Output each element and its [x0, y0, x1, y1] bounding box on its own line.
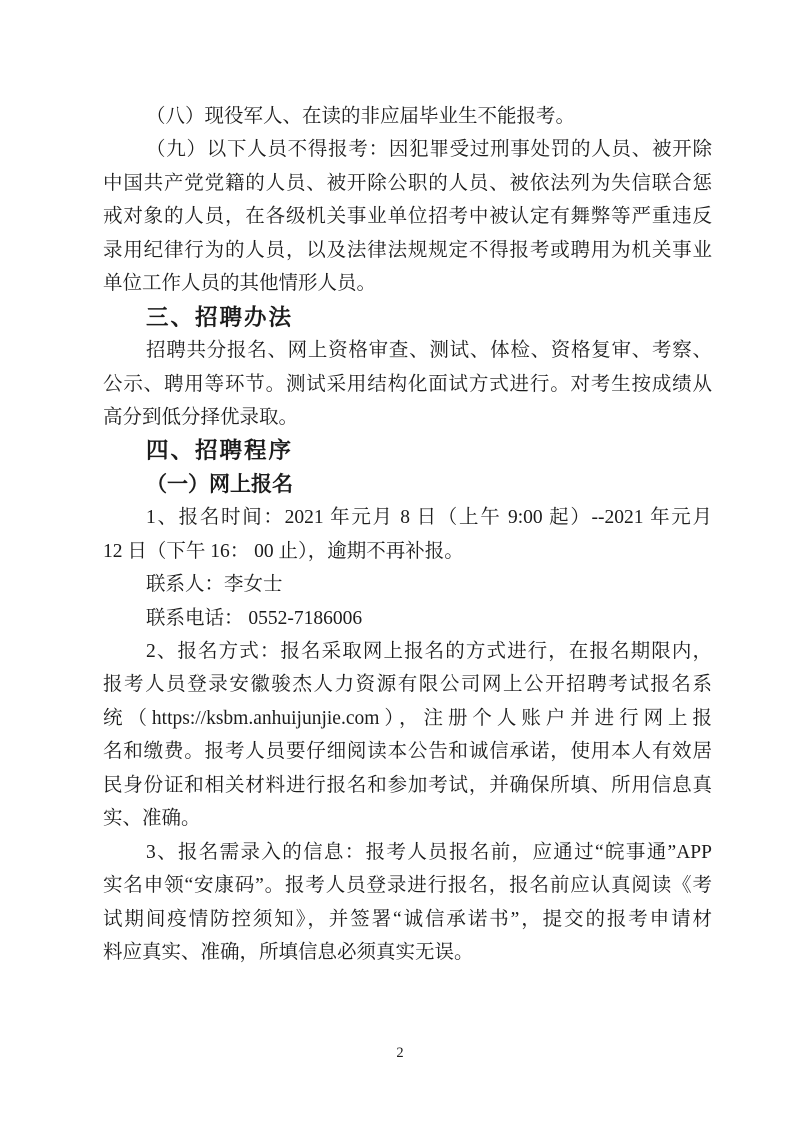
heading-recruitment-procedure: 四、招聘程序: [103, 434, 712, 467]
page-number: 2: [396, 1045, 403, 1061]
contact-phone: 联系电话： 0552-7186006: [103, 602, 712, 635]
para-registration-info-line-1: 3、报名需录入的信息：报考人员报名前，应通过“皖事通”APP: [103, 836, 712, 869]
para-registration-info-line-2: 实名申领“安康码”。报考人员登录进行报名，报名前应认真阅读《考: [103, 869, 712, 902]
para-recruitment-method-line-1: 招聘共分报名、网上资格审查、测试、体检、资格复审、考察、: [103, 334, 712, 367]
para-registration-mode-line-6: 实、准确。: [103, 802, 712, 835]
para-registration-mode-line-2: 报考人员登录安徽骏杰人力资源有限公司网上公开招聘考试报名系: [103, 668, 712, 701]
heading-recruitment-procedure-line-1: 四、招聘程序: [103, 434, 712, 467]
subheading-online-registration: （一）网上报名: [103, 468, 712, 501]
heading-recruitment-method: 三、招聘办法: [103, 301, 712, 334]
para-item-9-line-4: 录用纪律行为的人员，以及法律法规规定不得报考或聘用为机关事业: [103, 234, 712, 267]
contact-person: 联系人：李女士: [103, 568, 712, 601]
contact-person-line-1: 联系人：李女士: [103, 568, 712, 601]
para-registration-info: 3、报名需录入的信息：报考人员报名前，应通过“皖事通”APP实名申领“安康码”。…: [103, 836, 712, 970]
page-footer: 2: [0, 1044, 800, 1062]
para-item-9-line-3: 戒对象的人员，在各级机关事业单位招考中被认定有舞弊等严重违反: [103, 200, 712, 233]
para-item-9-line-2: 中国共产党党籍的人员、被开除公职的人员、被依法列为失信联合惩: [103, 167, 712, 200]
para-recruitment-method-line-2: 公示、聘用等环节。测试采用结构化面试方式进行。对考生按成绩从: [103, 368, 712, 401]
para-recruitment-method-line-3: 高分到低分择优录取。: [103, 401, 712, 434]
para-registration-mode-line-1: 2、报名方式：报名采取网上报名的方式进行，在报名期限内，: [103, 635, 712, 668]
para-registration-mode-line-3: 统（https://ksbm.anhuijunjie.com），注册个人账户并进…: [103, 702, 712, 735]
para-recruitment-method: 招聘共分报名、网上资格审查、测试、体检、资格复审、考察、公示、聘用等环节。测试采…: [103, 334, 712, 434]
para-registration-mode-line-5: 民身份证和相关材料进行报名和参加考试，并确保所填、所用信息真: [103, 769, 712, 802]
para-item-9-line-5: 单位工作人员的其他情形人员。: [103, 267, 712, 300]
para-registration-info-line-3: 试期间疫情防控须知》，并签署“诚信承诺书”，提交的报考申请材: [103, 903, 712, 936]
heading-recruitment-method-line-1: 三、招聘办法: [103, 301, 712, 334]
para-registration-mode: 2、报名方式：报名采取网上报名的方式进行，在报名期限内，报考人员登录安徽骏杰人力…: [103, 635, 712, 836]
subheading-online-registration-line-1: （一）网上报名: [103, 468, 712, 501]
para-item-9: （九）以下人员不得报考：因犯罪受过刑事处罚的人员、被开除中国共产党党籍的人员、被…: [103, 133, 712, 300]
para-registration-mode-line-4: 名和缴费。报考人员要仔细阅读本公告和诚信承诺，使用本人有效居: [103, 735, 712, 768]
document-content: （八）现役军人、在读的非应届毕业生不能报考。（九）以下人员不得报考：因犯罪受过刑…: [103, 100, 712, 969]
para-registration-time-line-1: 1、报名时间：2021 年元月 8 日（上午 9:00 起）--2021 年元月: [103, 501, 712, 534]
para-item-8-line-1: （八）现役军人、在读的非应届毕业生不能报考。: [103, 100, 712, 133]
document-page: （八）现役军人、在读的非应届毕业生不能报考。（九）以下人员不得报考：因犯罪受过刑…: [0, 0, 800, 1131]
para-item-8: （八）现役军人、在读的非应届毕业生不能报考。: [103, 100, 712, 133]
para-registration-time: 1、报名时间：2021 年元月 8 日（上午 9:00 起）--2021 年元月…: [103, 501, 712, 568]
para-registration-info-line-4: 料应真实、准确，所填信息必须真实无误。: [103, 936, 712, 969]
para-registration-time-line-2: 12 日（下午 16： 00 止），逾期不再补报。: [103, 535, 712, 568]
para-item-9-line-1: （九）以下人员不得报考：因犯罪受过刑事处罚的人员、被开除: [103, 133, 712, 166]
contact-phone-line-1: 联系电话： 0552-7186006: [103, 602, 712, 635]
